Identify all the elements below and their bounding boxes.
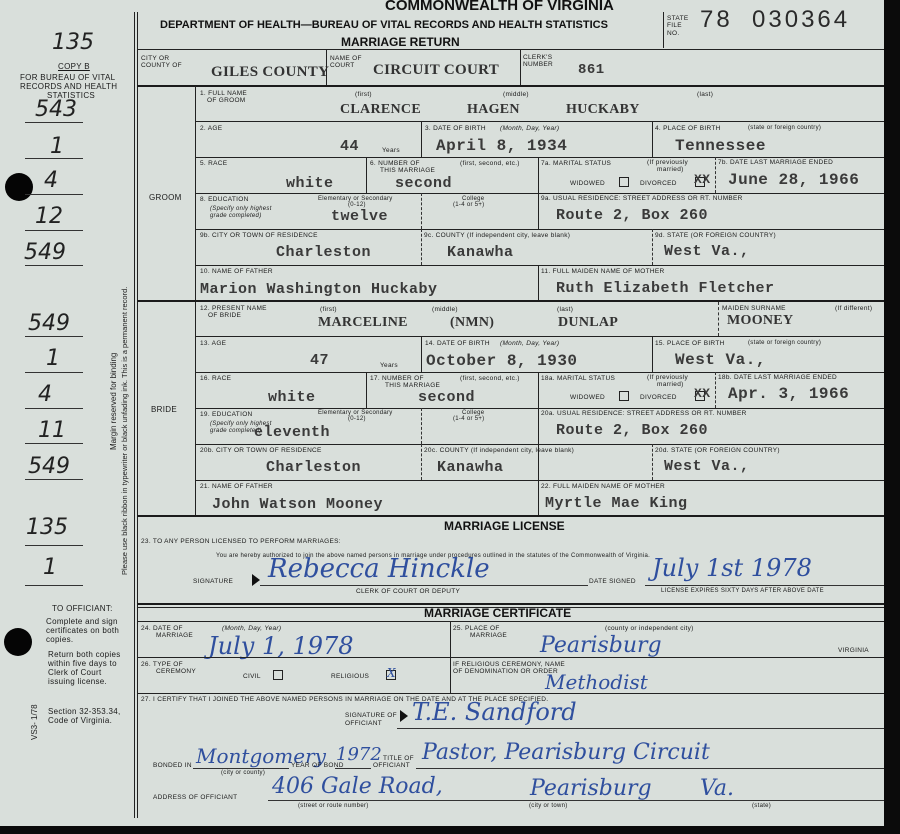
code-underline bbox=[25, 585, 83, 586]
groom-father[interactable]: Marion Washington Huckaby bbox=[200, 281, 438, 298]
divider bbox=[538, 193, 539, 229]
groom-widowed-checkbox[interactable] bbox=[619, 177, 629, 187]
code-underline bbox=[25, 265, 83, 266]
marriage-number-hint: (first, second, etc.) bbox=[460, 375, 520, 382]
divider bbox=[137, 693, 884, 694]
signature-label: SIGNATURE bbox=[193, 578, 233, 585]
code-ref-2: Code of Virginia. bbox=[48, 716, 112, 725]
religious-label: RELIGIOUS bbox=[331, 673, 369, 680]
bride-birthplace-label: 15. PLACE OF BIRTH bbox=[655, 340, 725, 347]
groom-name-label: 1. FULL NAME bbox=[200, 90, 247, 97]
bride-code-2: 1 bbox=[46, 346, 60, 371]
state-file-label-2: FILE bbox=[667, 22, 682, 29]
bride-city[interactable]: Charleston bbox=[266, 459, 361, 476]
divider bbox=[137, 85, 884, 87]
officiant-address-state[interactable]: Va. bbox=[700, 776, 734, 801]
form-title: MARRIAGE RETURN bbox=[341, 35, 460, 49]
bride-father[interactable]: John Watson Mooney bbox=[212, 496, 383, 513]
last-hint: (last) bbox=[697, 91, 713, 98]
to-officiant-line-2: certificates on both bbox=[46, 626, 119, 635]
bride-city-label: 20b. CITY OR TOWN OF RESIDENCE bbox=[200, 447, 322, 454]
bottom-code-1: 135 bbox=[26, 515, 68, 540]
middle-hint: (middle) bbox=[432, 306, 458, 313]
code-underline bbox=[25, 194, 83, 195]
bride-birthplace[interactable]: West Va., bbox=[675, 351, 766, 369]
marriage-date-hint: (Month, Day, Year) bbox=[222, 625, 281, 632]
officiant-address-label: ADDRESS OF OFFICIANT bbox=[153, 794, 237, 801]
groom-marriage-number-label-2: THIS MARRIAGE bbox=[380, 167, 435, 174]
education-hint: (Specify only highest bbox=[210, 206, 272, 213]
divider bbox=[366, 157, 367, 193]
marriage-number-hint: (first, second, etc.) bbox=[460, 160, 520, 167]
bride-first-name[interactable]: MARCELINE bbox=[318, 315, 408, 331]
code-underline bbox=[25, 479, 83, 480]
groom-city[interactable]: Charleston bbox=[276, 244, 371, 261]
city-caption: (city or town) bbox=[529, 803, 568, 810]
divider bbox=[538, 157, 539, 193]
denomination-label: IF RELIGIOUS CEREMONY, NAME bbox=[453, 661, 565, 668]
college-range: (1-4 or 5+) bbox=[453, 202, 484, 209]
state-file-number: 78 030364 bbox=[700, 6, 850, 34]
bride-mother-label: 22. FULL MAIDEN NAME OF MOTHER bbox=[541, 483, 665, 490]
groom-state-label: 9d. STATE (OR FOREIGN COUNTRY) bbox=[655, 232, 776, 239]
bride-marriage-number-label-2: THIS MARRIAGE bbox=[385, 382, 440, 389]
binding-hole-bottom bbox=[4, 628, 32, 656]
bride-marriage-number[interactable]: second bbox=[418, 389, 475, 406]
court-value[interactable]: CIRCUIT COURT bbox=[373, 62, 499, 79]
divider bbox=[421, 193, 422, 229]
divider bbox=[137, 300, 884, 302]
state-file-label-3: NO. bbox=[667, 30, 679, 37]
college-range: (1-4 or 5+) bbox=[453, 416, 484, 423]
license-expiry-note: LICENSE EXPIRES SIXTY DAYS AFTER ABOVE D… bbox=[661, 588, 824, 595]
groom-divorced-mark: XX bbox=[694, 172, 711, 187]
bureau-text-1: FOR BUREAU OF VITAL bbox=[20, 73, 115, 82]
widowed-label: WIDOWED bbox=[570, 180, 605, 187]
civil-checkbox[interactable] bbox=[273, 670, 283, 680]
divider bbox=[520, 49, 521, 85]
code-underline bbox=[25, 158, 83, 159]
bottom-code-2: 1 bbox=[43, 555, 57, 580]
denomination[interactable]: Methodist bbox=[545, 670, 648, 694]
officiant-signature-label: SIGNATURE OF bbox=[345, 712, 397, 719]
bride-widowed-checkbox[interactable] bbox=[619, 391, 629, 401]
bride-age-label: 13. AGE bbox=[200, 340, 226, 347]
groom-mother-label: 11. FULL MAIDEN NAME OF MOTHER bbox=[541, 268, 665, 275]
code-underline bbox=[25, 336, 83, 337]
form-code: VS3- 1/78 bbox=[30, 704, 39, 740]
divider bbox=[652, 444, 653, 480]
to-officiant-line-3: copies. bbox=[46, 635, 73, 644]
marriage-date-label: 24. DATE OF bbox=[141, 625, 183, 632]
street-caption: (street or route number) bbox=[298, 803, 369, 810]
divider bbox=[195, 157, 884, 158]
divider bbox=[663, 12, 664, 48]
groom-dob-label: 3. DATE OF BIRTH bbox=[425, 125, 486, 132]
bride-marriage-number-label: 17. NUMBER OF bbox=[370, 375, 424, 382]
groom-state[interactable]: West Va., bbox=[664, 243, 750, 260]
ink-instruction: Please use black ribbon in typewriter or… bbox=[120, 287, 129, 575]
groom-age-label: 2. AGE bbox=[200, 125, 222, 132]
bride-section-label: BRIDE bbox=[151, 405, 177, 414]
groom-name-label-2: OF GROOM bbox=[207, 97, 246, 104]
officiant-title[interactable]: Pastor, Pearisburg Circuit bbox=[422, 740, 710, 765]
groom-last-marriage-ended-label: 7b. DATE LAST MARRIAGE ENDED bbox=[718, 159, 833, 166]
officiant-address-city[interactable]: Pearisburg bbox=[530, 776, 652, 801]
marital-hint-2: married) bbox=[657, 381, 684, 388]
divider bbox=[421, 336, 422, 372]
bride-maiden-surname[interactable]: MOONEY bbox=[727, 313, 793, 329]
divider bbox=[538, 265, 539, 301]
bureau-text-2: RECORDS AND HEALTH bbox=[20, 82, 117, 91]
signature-arrow-icon bbox=[252, 574, 260, 586]
divider bbox=[134, 12, 135, 818]
divider bbox=[195, 336, 884, 337]
groom-race[interactable]: white bbox=[286, 175, 334, 192]
divider bbox=[137, 657, 884, 658]
divider bbox=[195, 444, 884, 445]
commonwealth-title: COMMONWEALTH OF VIRGINIA bbox=[385, 0, 614, 14]
marital-hint: (If previously bbox=[647, 159, 688, 166]
bride-mother[interactable]: Myrtle Mae King bbox=[545, 495, 688, 512]
officiant-signature[interactable]: T.E. Sandford bbox=[412, 698, 577, 726]
groom-section-label: GROOM bbox=[149, 193, 182, 202]
groom-county-label: 9c. COUNTY (If independent city, leave b… bbox=[424, 232, 570, 239]
divider bbox=[718, 302, 719, 336]
divider bbox=[421, 229, 422, 265]
clerk-signature[interactable]: Rebecca Hinckle bbox=[268, 554, 490, 584]
groom-code-3: 4 bbox=[44, 168, 58, 193]
bride-last-marriage-ended-label: 18b. DATE LAST MARRIAGE ENDED bbox=[718, 374, 837, 381]
clerk-number-label: CLERK'S bbox=[523, 54, 552, 61]
state-caption: (state) bbox=[752, 803, 771, 810]
ceremony-type-label-2: CEREMONY bbox=[156, 668, 196, 675]
bride-code-1: 549 bbox=[28, 311, 70, 336]
date-signed-label: DATE SIGNED bbox=[589, 578, 636, 585]
officiant-title-label: TITLE OF bbox=[383, 755, 414, 762]
divider bbox=[195, 121, 884, 122]
groom-birthplace-label: 4. PLACE OF BIRTH bbox=[655, 125, 721, 132]
groom-marital-status-label: 7a. MARITAL STATUS bbox=[541, 160, 611, 167]
bride-state[interactable]: West Va., bbox=[664, 458, 750, 475]
marital-hint: (If previously bbox=[647, 374, 688, 381]
officiant-title-line bbox=[416, 768, 884, 769]
divider bbox=[538, 372, 539, 408]
marriage-place-hint: (county or independent city) bbox=[605, 625, 694, 632]
code-underline bbox=[25, 408, 83, 409]
divider bbox=[421, 121, 422, 157]
birthplace-hint: (state or foreign country) bbox=[748, 125, 821, 132]
divider bbox=[652, 229, 653, 265]
return-line-3: Clerk of Court bbox=[48, 668, 102, 677]
divorced-label: DIVORCED bbox=[640, 180, 677, 187]
bride-dob[interactable]: October 8, 1930 bbox=[426, 352, 578, 370]
civil-label: CIVIL bbox=[243, 673, 261, 680]
binding-hole-top bbox=[5, 173, 33, 201]
clerk-caption: CLERK OF COURT OR DEPUTY bbox=[356, 588, 460, 595]
bride-street[interactable]: Route 2, Box 260 bbox=[556, 422, 708, 439]
divider bbox=[652, 121, 653, 157]
bride-name-label-2: OF BRIDE bbox=[208, 312, 241, 319]
groom-last-name[interactable]: HUCKABY bbox=[566, 102, 640, 118]
groom-age[interactable]: 44 bbox=[340, 138, 359, 155]
city-county-label-2: COUNTY OF bbox=[141, 62, 182, 69]
divider bbox=[195, 480, 884, 481]
date-signed-line bbox=[645, 585, 884, 586]
divorced-label: DIVORCED bbox=[640, 394, 677, 401]
marriage-date-label-2: MARRIAGE bbox=[156, 632, 193, 639]
groom-county[interactable]: Kanawha bbox=[447, 244, 514, 261]
groom-code-5: 549 bbox=[24, 240, 66, 265]
divider bbox=[195, 408, 884, 409]
bride-county-label: 20c. COUNTY (If independent city, leave … bbox=[424, 447, 574, 454]
bride-street-label: 20a. USUAL RESIDENCE: STREET ADDRESS OR … bbox=[541, 410, 747, 417]
officiant-signature-line bbox=[397, 728, 884, 729]
marriage-place[interactable]: Pearisburg bbox=[540, 633, 662, 658]
groom-code-1: 543 bbox=[35, 97, 77, 122]
clerk-number-label-2: NUMBER bbox=[523, 61, 553, 68]
officiant-signature-arrow-icon bbox=[400, 710, 408, 722]
court-label-2: COURT bbox=[330, 62, 355, 69]
return-line-1: Return both copies bbox=[48, 650, 121, 659]
state-file-label-1: STATE bbox=[667, 15, 688, 22]
divider bbox=[715, 372, 716, 408]
divider bbox=[421, 408, 422, 444]
groom-first-name[interactable]: CLARENCE bbox=[340, 102, 421, 118]
year-of-bond-line bbox=[335, 768, 371, 769]
first-hint: (first) bbox=[355, 91, 372, 98]
groom-code-4: 12 bbox=[35, 204, 63, 229]
groom-education-label: 8. EDUCATION bbox=[200, 196, 249, 203]
bride-state-label: 20d. STATE (OR FOREIGN COUNTRY) bbox=[655, 447, 780, 454]
code-underline bbox=[25, 545, 83, 546]
code-ref-1: Section 32-353.34, bbox=[48, 707, 121, 716]
divider bbox=[137, 49, 884, 50]
groom-last-marriage-ended[interactable]: June 28, 1966 bbox=[728, 171, 859, 189]
bride-county[interactable]: Kanawha bbox=[437, 459, 504, 476]
widowed-label: WIDOWED bbox=[570, 394, 605, 401]
years-label: Years bbox=[382, 147, 400, 154]
officiant-signature-label-2: OFFICIANT bbox=[345, 720, 382, 727]
marriage-return-form: COMMONWEALTH OF VIRGINIA DEPARTMENT OF H… bbox=[0, 0, 884, 826]
to-officiant-line-1: Complete and sign bbox=[46, 617, 118, 626]
marriage-place-label: 25. PLACE OF bbox=[453, 625, 500, 632]
religious-check-mark: X bbox=[387, 666, 396, 680]
to-officiant-title: TO OFFICIANT: bbox=[52, 604, 113, 613]
marriage-state: VIRGINIA bbox=[838, 647, 869, 654]
last-hint: (last) bbox=[557, 306, 573, 313]
groom-street-label: 9a. USUAL RESIDENCE: STREET ADDRESS OR R… bbox=[541, 195, 743, 202]
bride-last-name[interactable]: DUNLAP bbox=[558, 315, 618, 331]
bride-age[interactable]: 47 bbox=[310, 352, 329, 369]
groom-marriage-number[interactable]: second bbox=[395, 175, 452, 192]
groom-street[interactable]: Route 2, Box 260 bbox=[556, 207, 708, 224]
marriage-place-label-2: MARRIAGE bbox=[470, 632, 507, 639]
bride-divorced-mark: XX bbox=[694, 386, 711, 401]
department-title: DEPARTMENT OF HEALTH—BUREAU OF VITAL REC… bbox=[160, 19, 608, 31]
marital-hint-2: married) bbox=[657, 166, 684, 173]
certificate-title: MARRIAGE CERTIFICATE bbox=[424, 606, 571, 620]
bride-middle-name[interactable]: (NMN) bbox=[450, 315, 494, 331]
groom-marriage-number-label: 6. NUMBER OF bbox=[370, 160, 420, 167]
signature-line bbox=[260, 585, 588, 586]
middle-hint: (middle) bbox=[503, 91, 529, 98]
groom-education[interactable]: twelve bbox=[331, 208, 388, 225]
bride-marital-status-label: 18a. MARITAL STATUS bbox=[541, 375, 615, 382]
divider bbox=[326, 49, 327, 85]
code-underline bbox=[25, 230, 83, 231]
code-135-top: 135 bbox=[52, 30, 94, 55]
bride-education-label: 19. EDUCATION bbox=[200, 411, 253, 418]
copy-b-label: COPY B bbox=[58, 62, 90, 71]
bride-code-4: 11 bbox=[38, 418, 66, 443]
birthplace-hint: (state or foreign country) bbox=[748, 340, 821, 347]
license-addressee-label: 23. TO ANY PERSON LICENSED TO PERFORM MA… bbox=[141, 538, 341, 545]
divider bbox=[195, 265, 884, 266]
bride-last-marriage-ended[interactable]: Apr. 3, 1966 bbox=[728, 385, 849, 403]
groom-code-2: 1 bbox=[50, 134, 64, 159]
bonded-in-label: BONDED IN bbox=[153, 762, 192, 769]
bride-race-label: 16. RACE bbox=[200, 375, 231, 382]
bride-code-5: 549 bbox=[28, 454, 70, 479]
bride-name-label: 12. PRESENT NAME bbox=[200, 305, 267, 312]
first-hint: (first) bbox=[320, 306, 337, 313]
marriage-date[interactable]: July 1, 1978 bbox=[208, 632, 354, 660]
maiden-surname-label: MAIDEN SURNAME bbox=[722, 305, 786, 312]
divider bbox=[715, 157, 716, 193]
divider bbox=[652, 336, 653, 372]
code-underline bbox=[25, 122, 83, 123]
bonded-in-line bbox=[193, 768, 289, 769]
return-line-4: issuing license. bbox=[48, 677, 107, 686]
denomination-label-2: OF DENOMINATION OR ORDER bbox=[453, 668, 558, 675]
divider bbox=[137, 515, 884, 517]
bride-dob-label: 14. DATE OF BIRTH bbox=[425, 340, 490, 347]
groom-birthplace[interactable]: Tennessee bbox=[675, 137, 766, 155]
years-label: Years bbox=[380, 362, 398, 369]
bride-education[interactable]: eleventh bbox=[254, 424, 330, 441]
divider bbox=[137, 12, 138, 818]
maiden-hint: (If different) bbox=[835, 305, 872, 312]
return-line-2: within five days to bbox=[48, 659, 117, 668]
groom-middle-name[interactable]: HAGEN bbox=[467, 102, 520, 118]
divider bbox=[421, 444, 422, 480]
dob-hint: (Month, Day, Year) bbox=[500, 125, 559, 132]
binding-margin-note: Margin reserved for binding bbox=[109, 353, 118, 450]
license-title: MARRIAGE LICENSE bbox=[444, 519, 565, 533]
groom-race-label: 5. RACE bbox=[200, 160, 227, 167]
city-county-label: CITY OR bbox=[141, 55, 169, 62]
divider bbox=[137, 621, 884, 622]
divider bbox=[195, 193, 884, 194]
bride-race[interactable]: white bbox=[268, 389, 316, 406]
officiant-title-label-2: OFFICIANT bbox=[373, 762, 410, 769]
divider bbox=[137, 603, 884, 605]
clerk-number-value[interactable]: 861 bbox=[578, 62, 605, 78]
groom-mother[interactable]: Ruth Elizabeth Fletcher bbox=[556, 280, 775, 297]
bride-father-label: 21. NAME OF FATHER bbox=[200, 483, 273, 490]
divider bbox=[538, 480, 539, 515]
code-underline bbox=[25, 443, 83, 444]
groom-father-label: 10. NAME OF FATHER bbox=[200, 268, 273, 275]
groom-dob[interactable]: April 8, 1934 bbox=[436, 137, 567, 155]
officiant-address-street[interactable]: 406 Gale Road, bbox=[272, 774, 443, 799]
court-label: NAME OF bbox=[330, 55, 362, 62]
groom-city-label: 9b. CITY OR TOWN OF RESIDENCE bbox=[200, 232, 318, 239]
divider bbox=[195, 372, 884, 373]
license-date-signed[interactable]: July 1st 1978 bbox=[652, 554, 812, 582]
code-underline bbox=[25, 372, 83, 373]
dob-hint: (Month, Day, Year) bbox=[500, 340, 559, 347]
education-hint-2: grade completed) bbox=[210, 213, 262, 220]
bonded-in-caption: (city or county) bbox=[221, 770, 265, 777]
city-county-value[interactable]: GILES COUNTY bbox=[211, 64, 329, 81]
ceremony-type-label: 26. TYPE OF bbox=[141, 661, 183, 668]
divider bbox=[366, 372, 367, 408]
bride-code-3: 4 bbox=[38, 382, 52, 407]
elementary-range: (0-12) bbox=[348, 416, 366, 423]
divider bbox=[195, 229, 884, 230]
